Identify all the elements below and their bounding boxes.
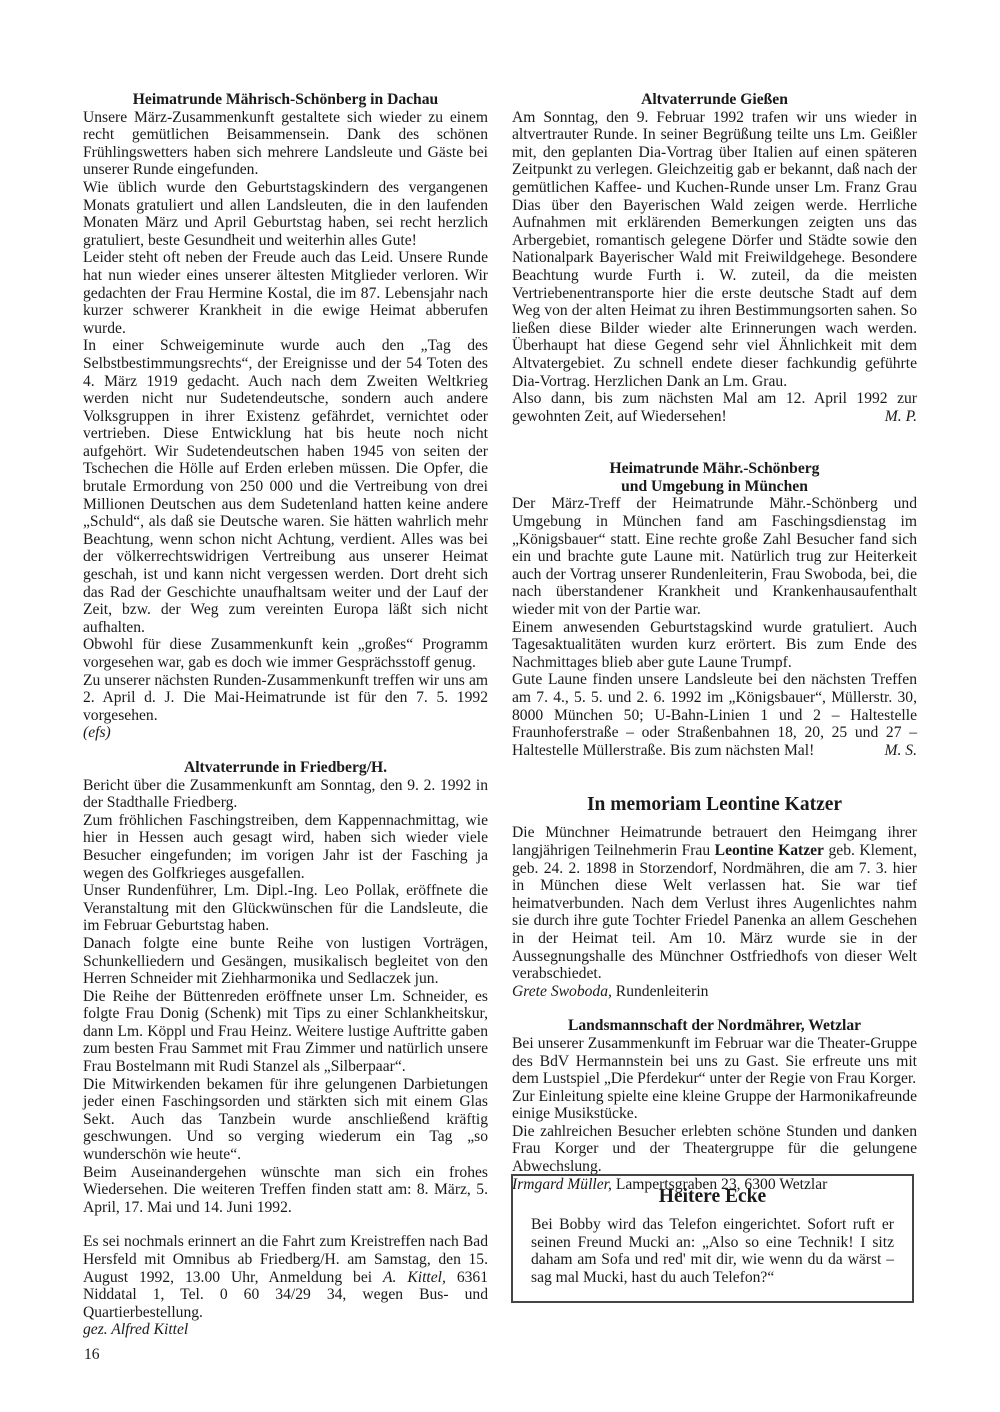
paragraph: Beim Auseinandergehen wünschte man sich … bbox=[83, 1164, 488, 1217]
signature-name: Grete Swoboda, bbox=[512, 983, 612, 1000]
article-heimatrunde-dachau: Heimatrunde Mährisch-Schönberg in Dachau… bbox=[83, 91, 488, 742]
signature: M. P. bbox=[885, 408, 917, 426]
paragraph: Der März-Treff der Heimatrunde Mähr.-Sch… bbox=[512, 495, 917, 618]
paragraph: Zur Einleitung spielte eine kleine Grupp… bbox=[512, 1088, 917, 1123]
heitere-ecke-box: Heitere Ecke Bei Bobby wird das Telefon … bbox=[511, 1174, 914, 1303]
article-title: Landsmannschaft der Nordmährer, Wetzlar bbox=[512, 1017, 917, 1035]
paragraph: In einer Schweigeminute wurde auch den „… bbox=[83, 337, 488, 636]
box-text: Bei Bobby wird das Telefon eingerichtet.… bbox=[531, 1216, 894, 1286]
article-title-line1: Heimatrunde Mähr.-Schönberg bbox=[512, 460, 917, 478]
note-name: A. Kittel, bbox=[383, 1269, 446, 1286]
paragraph: Die Mitwirkenden bekamen für ihre gelung… bbox=[83, 1076, 488, 1164]
paragraph: Obwohl für diese Zusammenkunft kein „gro… bbox=[83, 636, 488, 671]
left-column: Heimatrunde Mährisch-Schönberg in Dachau… bbox=[83, 91, 488, 1339]
signature: (efs) bbox=[83, 724, 488, 742]
signature: Grete Swoboda, Rundenleiterin bbox=[512, 983, 917, 1001]
paragraph: Bericht über die Zusammenkunft am Sonnta… bbox=[83, 777, 488, 812]
spacer bbox=[512, 425, 917, 460]
spacer bbox=[512, 759, 917, 794]
paragraph: Gute Laune finden unsere Landsleute bei … bbox=[512, 671, 917, 759]
article-title: Altvaterrunde Gießen bbox=[512, 91, 917, 109]
paragraph: Die Münchner Heimatrunde betrauert den H… bbox=[512, 824, 917, 982]
note-paragraph: Es sei nochmals erinnert an die Fahrt zu… bbox=[83, 1233, 488, 1321]
signature: M. S. bbox=[885, 742, 917, 760]
paragraph: Am Sonntag, den 9. Februar 1992 trafen w… bbox=[512, 109, 917, 391]
spacer bbox=[83, 742, 488, 759]
paragraph: Unser Rundenführer, Lm. Dipl.-Ing. Leo P… bbox=[83, 882, 488, 935]
article-title-line2: und Umgebung in München bbox=[512, 478, 917, 496]
article-title: Altvaterrunde in Friedberg/H. bbox=[83, 759, 488, 777]
paragraph: Die Reihe der Büttenreden eröffnete unse… bbox=[83, 988, 488, 1076]
paragraph: Leider steht oft neben der Freude auch d… bbox=[83, 249, 488, 337]
paragraph: Unsere März-Zusammenkunft gestaltete sic… bbox=[83, 109, 488, 179]
paragraph: Die zahlreichen Besucher erlebten schöne… bbox=[512, 1123, 917, 1176]
paragraph-text: geb. Klement, geb. 24. 2. 1898 in Storze… bbox=[512, 842, 917, 982]
article-altvaterrunde-friedberg: Altvaterrunde in Friedberg/H. Bericht üb… bbox=[83, 759, 488, 1339]
article-title: In memoriam Leontine Katzer bbox=[512, 794, 917, 816]
paragraph: Also dann, bis zum nächsten Mal am 12. A… bbox=[512, 390, 917, 425]
spacer bbox=[83, 1216, 488, 1233]
article-in-memoriam: In memoriam Leontine Katzer Die Münchner… bbox=[512, 794, 917, 1000]
article-nordmaehrer-wetzlar: Landsmannschaft der Nordmährer, Wetzlar … bbox=[512, 1017, 917, 1193]
signature-role: Rundenleiterin bbox=[612, 983, 709, 1000]
article-altvaterrunde-giessen: Altvaterrunde Gießen Am Sonntag, den 9. … bbox=[512, 91, 917, 425]
box-title: Heitere Ecke bbox=[531, 1186, 894, 1208]
deceased-name: Leontine Katzer bbox=[715, 842, 824, 859]
right-column: Altvaterrunde Gießen Am Sonntag, den 9. … bbox=[512, 91, 917, 1193]
signature: gez. Alfred Kittel bbox=[83, 1321, 488, 1339]
paragraph: Einem anwesenden Geburtstagskind wurde g… bbox=[512, 619, 917, 672]
paragraph: Bei unserer Zusammenkunft im Februar war… bbox=[512, 1035, 917, 1088]
article-title: Heimatrunde Mährisch-Schönberg in Dachau bbox=[83, 91, 488, 109]
paragraph: Zu unserer nächsten Runden-Zusammenkunft… bbox=[83, 672, 488, 725]
paragraph: Danach folgte eine bunte Reihe von lusti… bbox=[83, 935, 488, 988]
page-number: 16 bbox=[84, 1346, 100, 1364]
paragraph: Wie üblich wurde den Geburtstagskindern … bbox=[83, 179, 488, 249]
article-heimatrunde-muenchen: Heimatrunde Mähr.-Schönberg und Umgebung… bbox=[512, 460, 917, 759]
spacer bbox=[512, 1000, 917, 1017]
paragraph-text: Gute Laune finden unsere Landsleute bei … bbox=[512, 671, 917, 758]
paragraph: Zum fröhlichen Faschingstreiben, dem Kap… bbox=[83, 812, 488, 882]
paragraph-text: Also dann, bis zum nächsten Mal am 12. A… bbox=[512, 390, 917, 425]
